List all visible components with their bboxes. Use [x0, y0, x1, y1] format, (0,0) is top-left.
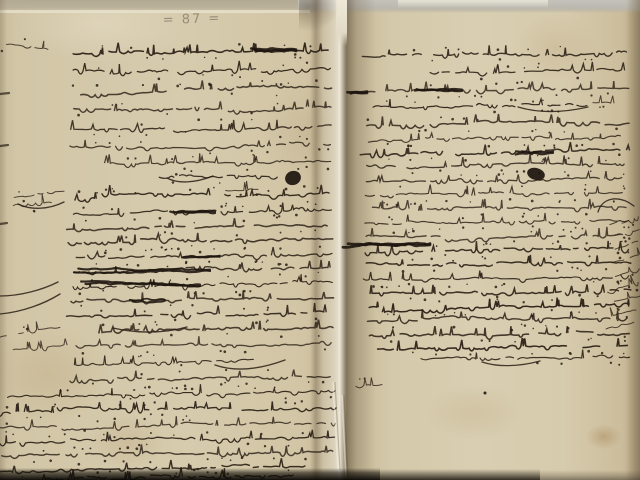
manuscript-photo: = 87 =	[0, 0, 640, 480]
handwriting-ink-layer	[0, 0, 640, 480]
table-shadow-right	[540, 470, 640, 480]
page-number: = 87 =	[156, 11, 228, 29]
table-shadow-middle	[380, 469, 540, 480]
table-shadow-left	[0, 468, 380, 480]
